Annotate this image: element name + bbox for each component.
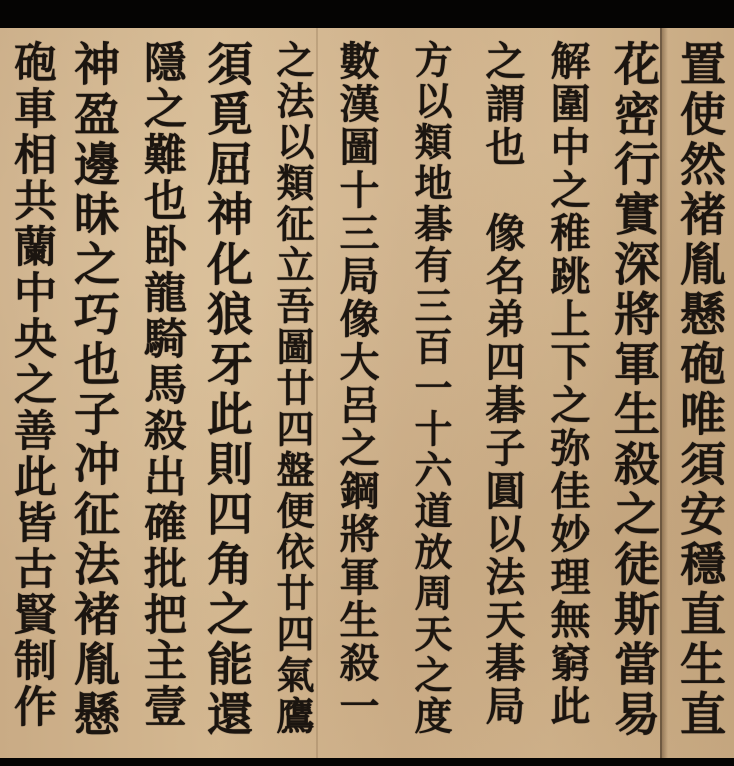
text-column-10: 神盈邊昧之巧也子冲征法褚胤懸: [64, 40, 124, 740]
text-column-3: 解圍中之稚跳上下之弥佳妙理無窮此: [537, 40, 597, 728]
manuscript-text: 置使然褚胤懸砲唯須安穩直生直 花密行實深將軍生殺之徒斯當易 解圍中之稚跳上下之弥…: [0, 40, 734, 760]
text-column-1: 置使然褚胤懸砲唯須安穩直生直: [670, 40, 730, 740]
bottom-black-border: [0, 758, 734, 766]
text-column-6: 數漢圖十三局像大呂之鋼將軍生殺一: [326, 40, 386, 728]
text-column-4: 之謂也 像名弟四碁子圓以法天碁局: [472, 40, 532, 728]
text-column-2: 花密行實深將軍生殺之徒斯當易: [604, 40, 664, 740]
text-column-5: 方以類地碁有三百一十六道放周天之度: [400, 40, 460, 737]
text-column-11: 砲車相共蘭中央之善此皆古賢制作: [2, 40, 62, 730]
text-column-7: 之法以類征立吾圖廿四盤便依廿四氣鷹: [262, 40, 322, 737]
text-column-9: 隱之難也卧龍騎馬殺出確批把主壹: [132, 40, 192, 730]
top-black-border: [0, 0, 734, 28]
text-column-8: 須覓屈神化狼牙此則四角之能還: [197, 40, 257, 740]
